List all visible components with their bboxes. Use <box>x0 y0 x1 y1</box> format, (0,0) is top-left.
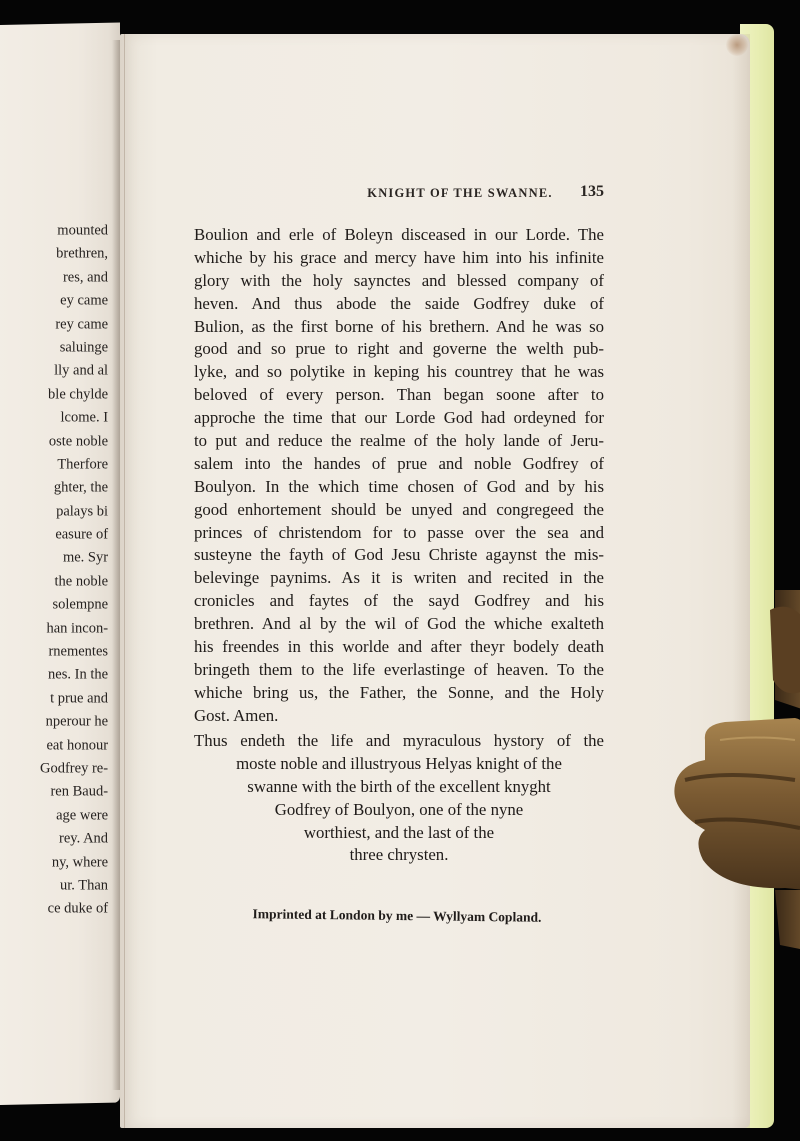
colophon-line: swanne with the birth of the excellent k… <box>194 776 604 799</box>
left-line: lly and al <box>40 360 108 383</box>
text-line: approche the time that our Lorde God had… <box>194 407 604 430</box>
text-line: salem into the handes of prue and noble … <box>194 453 604 476</box>
text-line: whiche by his grace and mercy have him i… <box>194 247 604 270</box>
text-line: brethren. And al by the wil of God the w… <box>194 613 604 636</box>
text-line: Bulion, as the first borne of his brethe… <box>194 316 604 339</box>
left-line: palays bi <box>40 500 108 523</box>
left-line: brethren, <box>40 243 108 266</box>
left-line: ghter, the <box>40 477 108 500</box>
left-line: solempne <box>40 594 108 617</box>
text-line: heven. And thus abode the saide Godfrey … <box>194 293 604 316</box>
left-line: rey came <box>40 313 108 336</box>
left-line: t prue and <box>40 687 108 710</box>
right-page: KNIGHT OF THE SWANNE. 135 Boulion and er… <box>120 34 750 1128</box>
left-line: res, and <box>40 266 108 289</box>
colophon-line: moste noble and illustryous Helyas knigh… <box>194 753 604 776</box>
colophon-line: three chrysten. <box>194 844 604 867</box>
text-line: glory with the holy saynctes and blessed… <box>194 270 604 293</box>
left-line: the noble <box>40 570 108 593</box>
left-line: age were <box>40 804 108 827</box>
text-line: belevinge paynims. As it is writen and r… <box>194 567 604 590</box>
left-line: easure of <box>40 524 108 547</box>
left-line: ny, where <box>40 851 108 874</box>
text-line: princes of christendom for to passe over… <box>194 522 604 545</box>
running-head: KNIGHT OF THE SWANNE. <box>312 186 608 201</box>
left-line: eat honour <box>40 734 108 757</box>
left-line: ur. Than <box>40 874 108 897</box>
left-line: ce duke of <box>40 898 108 921</box>
left-line: mounted <box>40 219 108 242</box>
left-line: Therfore <box>40 453 108 476</box>
imprint-line: Imprinted at London by me — Wyllyam Copl… <box>232 906 562 926</box>
left-line: nes. In the <box>40 664 108 687</box>
text-line: beloved of every person. Than began soon… <box>194 384 604 407</box>
left-line: Godfrey re- <box>40 757 108 780</box>
left-line: ren Baud- <box>40 781 108 804</box>
text-line: whiche bring us, the Father, the Sonne, … <box>194 682 604 705</box>
colophon-line: worthiest, and the last of the <box>194 822 604 845</box>
text-line: lyke, and so polytike in keping his coun… <box>194 361 604 384</box>
foxing-stain <box>726 34 748 56</box>
left-line: lcome. I <box>40 407 108 430</box>
text-line: good and so prue to right and governe th… <box>194 338 604 361</box>
left-line: rey. And <box>40 828 108 851</box>
colophon: Thus endeth the life and myraculous hyst… <box>194 730 604 867</box>
left-line: me. Syr <box>40 547 108 570</box>
page-number: 135 <box>580 183 604 201</box>
text-line: Boulion and erle of Boleyn disceased in … <box>194 224 604 247</box>
left-page: mounted brethren, res, and ey came rey c… <box>0 23 120 1106</box>
text-line: his freendes in this worlde and after th… <box>194 636 604 659</box>
left-line: oste noble <box>40 430 108 453</box>
text-line: to put and reduce the realme of the holy… <box>194 430 604 453</box>
colophon-line: Godfrey of Boulyon, one of the nyne <box>194 799 604 822</box>
body-text: Boulion and erle of Boleyn disceased in … <box>194 224 604 728</box>
left-line: saluinge <box>40 336 108 359</box>
text-line: Gost. Amen. <box>194 705 604 728</box>
text-line: good enhortement should be unyed and con… <box>194 499 604 522</box>
gutter-line <box>124 34 125 1128</box>
text-line: bringeth them to the life everlastinge o… <box>194 659 604 682</box>
text-line: Boulyon. In the which time chosen of God… <box>194 476 604 499</box>
text-line: susteyne the fayth of God Jesu Christe a… <box>194 544 604 567</box>
left-line: han incon- <box>40 617 108 640</box>
brass-clip <box>665 590 800 950</box>
left-line: ble chylde <box>40 383 108 406</box>
left-line: nperour he <box>40 711 108 734</box>
left-page-text: mounted brethren, res, and ey came rey c… <box>40 219 108 921</box>
left-line: rnementes <box>40 641 108 664</box>
colophon-line: Thus endeth the life and myraculous hyst… <box>194 730 604 753</box>
text-line: cronicles and faytes of the sayd Godfrey… <box>194 590 604 613</box>
left-line: ey came <box>40 290 108 313</box>
